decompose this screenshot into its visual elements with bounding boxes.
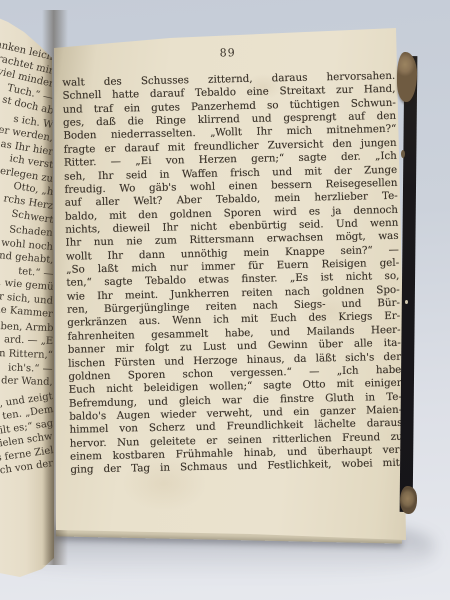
cover-damage-bottom: [400, 486, 417, 514]
book-cover-edge: [400, 56, 418, 512]
cover-wear-speck: [405, 300, 408, 304]
cover-wear-nick: [401, 150, 405, 158]
book-photo-scene: danken leicherachtet mirviel minderTuch.…: [0, 0, 450, 600]
right-page: 89 walt des Schusses zitternd, daraus he…: [50, 24, 406, 546]
page-text: walt des Schusses zitternd, daraus hervo…: [62, 70, 403, 478]
page-number: 89: [62, 43, 394, 63]
right-page-content: 89 walt des Schusses zitternd, daraus he…: [45, 21, 412, 550]
